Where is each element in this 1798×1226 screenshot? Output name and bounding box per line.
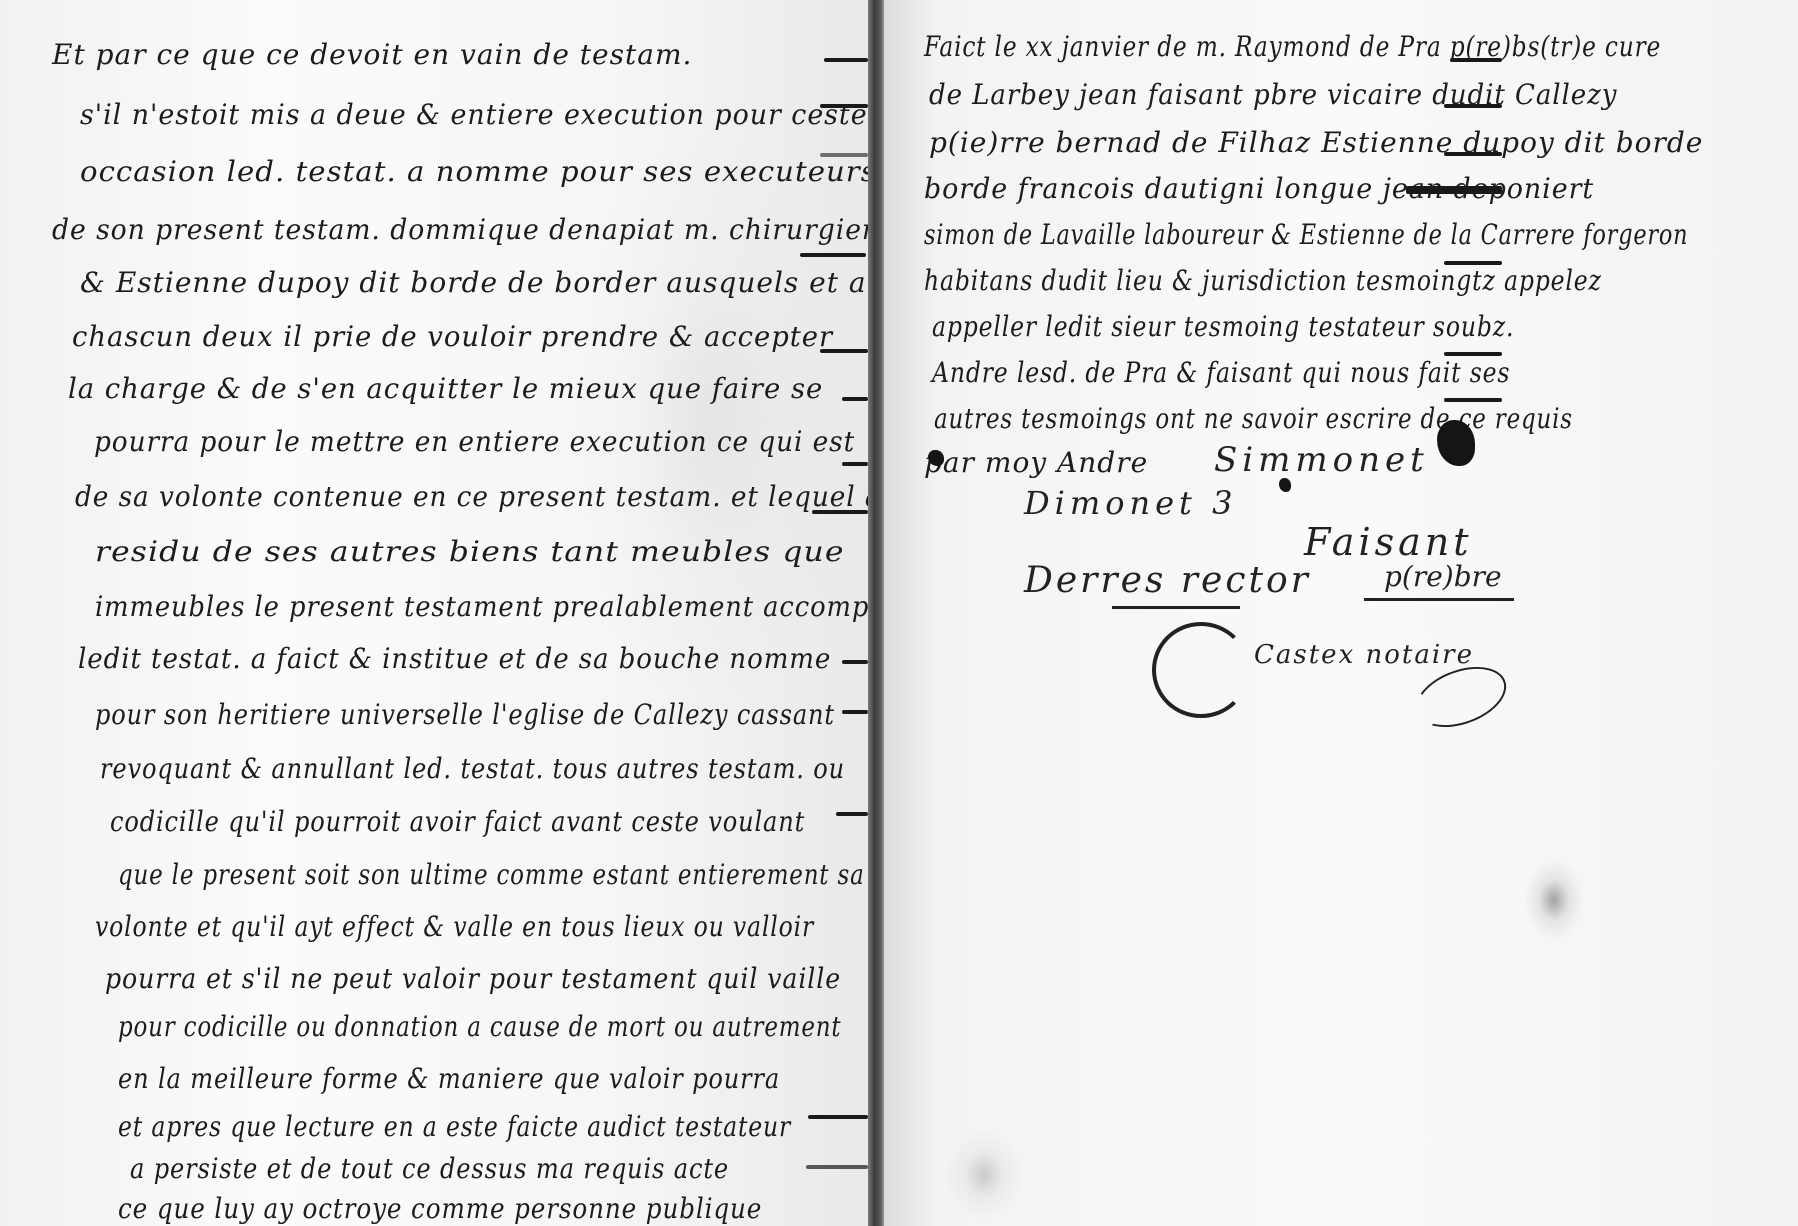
left-line-20: en la meilleure forme & maniere que valo… [118, 1062, 780, 1096]
left-line-13: pour son heritiere universelle l'eglise … [95, 698, 835, 732]
left-line-12: ledit testat. a faict & institue et de s… [78, 642, 831, 676]
line-end-dash [820, 153, 868, 157]
right-line-2: de Larbey jean faisant pbre vicaire dudi… [929, 78, 1617, 112]
left-line-6: chascun deux il prie de vouloir prendre … [72, 320, 833, 354]
line-end-dash [842, 397, 868, 401]
left-line-19: pour codicille ou donnation a cause de m… [118, 1010, 841, 1044]
left-page: Et par ce que ce devoit en vain de testa… [0, 0, 872, 1226]
left-line-7: la charge & de s'en acquitter le mieux q… [68, 372, 823, 406]
left-line-9: de sa volonte contenue en ce present tes… [75, 480, 872, 514]
left-line-10: residu de ses autres biens tant meubles … [95, 535, 845, 569]
ink-blot [1437, 420, 1475, 466]
signature-3: Derres rector [1024, 560, 1311, 601]
line-end-dash [820, 104, 868, 108]
left-line-8: pourra pour le mettre en entiere executi… [94, 425, 855, 459]
line-end-dash [808, 1115, 868, 1119]
right-line-8: Andre lesd. de Pra & faisant qui nous fa… [932, 356, 1510, 390]
left-line-21: et apres que lecture en a este faicte au… [118, 1110, 791, 1144]
line-end-dash [842, 660, 868, 664]
right-line-10: par moy Andre [924, 446, 1148, 480]
right-page: Faict le xx janvier de m. Raymond de Pra… [884, 0, 1798, 1226]
signature-underline [1364, 598, 1514, 601]
right-line-5: simon de Lavaille laboureur & Estienne d… [924, 218, 1688, 252]
left-line-22: a persiste et de tout ce dessus ma requi… [130, 1152, 729, 1186]
signature-6: Castex notaire [1254, 640, 1474, 670]
manuscript-spread: Et par ce que ce devoit en vain de testa… [0, 0, 1798, 1226]
signature-underline [1112, 606, 1240, 609]
line-end-dash [1444, 104, 1502, 108]
line-end-dash [1444, 261, 1502, 265]
signature-5: p(re)bre [1384, 560, 1502, 593]
left-line-2: s'il n'estoit mis a deue & entiere execu… [80, 98, 868, 132]
ink-blot [1279, 478, 1291, 492]
line-end-dash [820, 349, 868, 353]
paper-stain [1524, 860, 1584, 940]
line-end-dash [1406, 186, 1502, 194]
line-end-dash [1444, 152, 1502, 156]
paper-stain [944, 1130, 1024, 1220]
line-end-dash [812, 510, 868, 514]
left-line-11: immeubles le present testament prealable… [95, 590, 872, 624]
line-end-dash [806, 1165, 868, 1169]
right-line-1: Faict le xx janvier de m. Raymond de Pra… [924, 30, 1661, 64]
left-line-17: volonte et qu'il ayt effect & valle en t… [95, 910, 814, 944]
left-line-18: pourra et s'il ne peut valoir pour testa… [105, 962, 841, 996]
line-end-dash [1444, 398, 1502, 402]
line-end-dash [842, 710, 868, 714]
line-end-dash [824, 58, 868, 62]
line-end-dash [842, 462, 868, 466]
line-end-dash [800, 253, 866, 257]
left-line-16: que le present soit son ultime comme est… [118, 858, 865, 892]
left-line-5: & Estienne dupoy dit borde de border aus… [80, 266, 867, 300]
line-end-dash [1450, 58, 1502, 62]
signature-flourish [1152, 622, 1250, 718]
left-line-15: codicille qu'il pourroit avoir faict ava… [110, 805, 805, 839]
left-line-3: occasion led. testat. a nomme pour ses e… [80, 155, 872, 189]
left-line-23: ce que luy ay octroye comme personne pub… [118, 1192, 762, 1226]
right-line-3: p(ie)rre bernad de Filhaz Estienne dupoy… [929, 126, 1703, 160]
signature-4: Faisant [1304, 520, 1473, 564]
line-end-dash [1444, 352, 1502, 356]
right-line-7: appeller ledit sieur tesmoing testateur … [932, 310, 1514, 344]
left-line-1: Et par ce que ce devoit en vain de testa… [52, 38, 692, 72]
left-line-4: de son present testam. dommique denapiat… [52, 213, 872, 247]
right-line-6: habitans dudit lieu & jurisdiction tesmo… [924, 264, 1602, 298]
signature-2: Dimonet 3 [1024, 484, 1237, 522]
signature-1: Simmonet [1214, 440, 1429, 480]
line-end-dash [836, 812, 868, 816]
right-line-9: autres tesmoings ont ne savoir escrire d… [934, 402, 1573, 436]
ink-blot [928, 450, 944, 466]
left-line-14: revoquant & annullant led. testat. tous … [100, 752, 845, 786]
